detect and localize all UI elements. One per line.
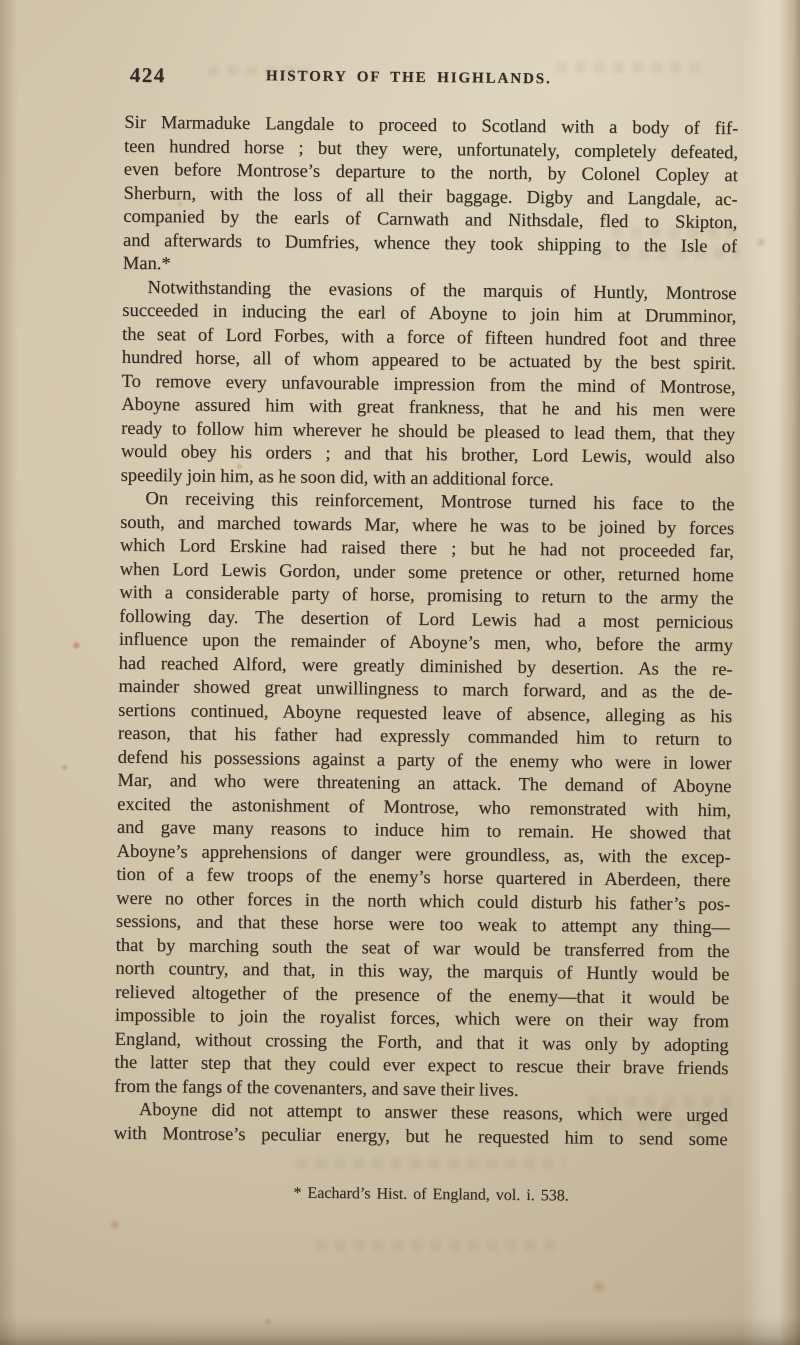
running-title: HISTORY OF THE HIGHLANDS. — [125, 67, 693, 90]
page-header: 424 HISTORY OF THE HIGHLANDS. — [125, 63, 739, 97]
book-page: 424 HISTORY OF THE HIGHLANDS. Sir Marmad… — [113, 57, 739, 1207]
body-text: Sir Marmaduke Langdale to proceed to Sco… — [114, 112, 739, 1152]
